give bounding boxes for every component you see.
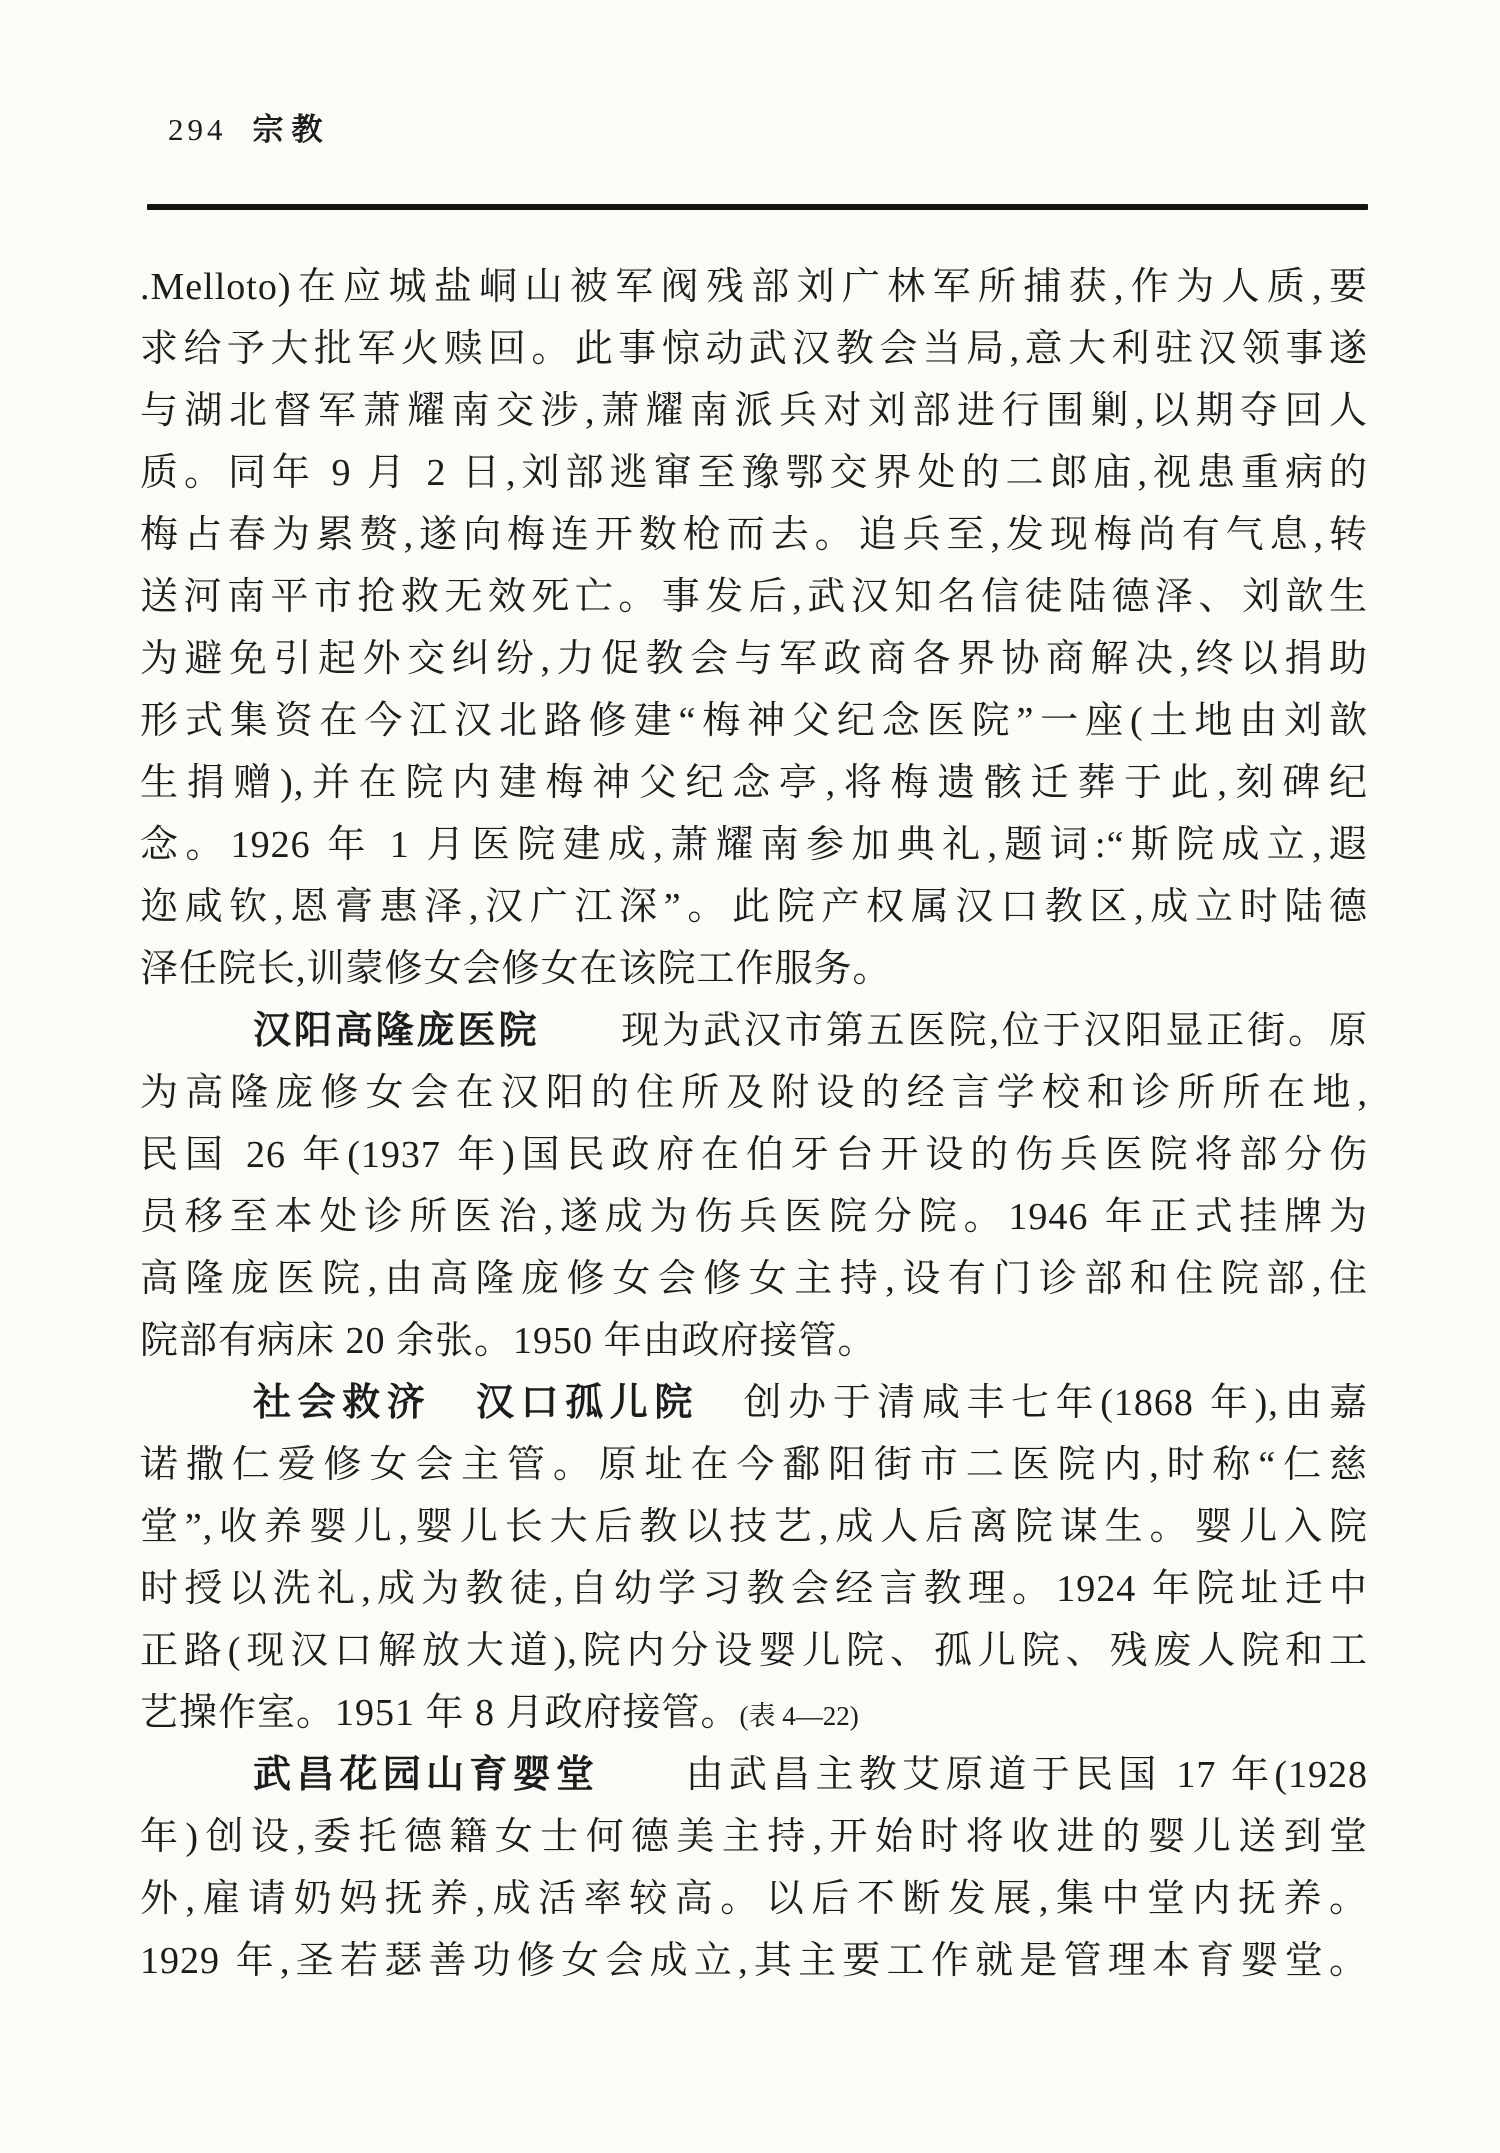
page-number: 294 [168,112,227,147]
text-line: 堂”,收养婴儿,婴儿长大后教以技艺,成人后离院谋生。婴儿入院 [140,1496,1368,1558]
body-text-segment: 迩咸钦,恩膏惠泽,汉广江深”。此院产权属汉口教区,成立时陆德 [140,886,1368,928]
text-line: 高隆庞医院,由高隆庞修女会修女主持,设有门诊部和住院部,住 [140,1248,1368,1310]
text-line: 民国 26 年(1937 年)国民政府在伯牙台开设的伤兵医院将部分伤 [140,1124,1368,1186]
body-text-segment: 堂”,收养婴儿,婴儿长大后教以技艺,成人后离院谋生。婴儿入院 [140,1506,1368,1548]
text-line: .Melloto)在应城盐峒山被军阀残部刘广林军所捕获,作为人质,要 [140,256,1368,318]
body-text-segment: 艺操作室。1951 年 8 月政府接管。 [140,1692,740,1734]
body-text-segment: 为避免引起外交纠纷,力促教会与军政商各界协商解决,终以捐助 [140,638,1368,680]
text-line: 时授以洗礼,成为教徒,自幼学习教会经言教理。1924 年院址迁中 [140,1558,1368,1620]
body-text-segment: 诺撒仁爱修女会主管。原址在今鄱阳街市二医院内,时称“仁慈 [140,1444,1368,1486]
body-text-segment: 1929 年,圣若瑟善功修女会成立,其主要工作就是管理本育婴堂。 [140,1940,1368,1982]
text-line: 质。同年 9 月 2 日,刘部逃窜至豫鄂交界处的二郎庙,视患重病的 [140,442,1368,504]
text-line: 与湖北督军萧耀南交涉,萧耀南派兵对刘部进行围剿,以期夺回人 [140,380,1368,442]
body-text-segment: 现为武汉市第五医院,位于汉阳显正街。原 [539,1010,1368,1052]
text-line: 送河南平市抢救无效死亡。事发后,武汉知名信徒陆德泽、刘歆生 [140,566,1368,628]
body-text-segment: 年)创设,委托德籍女士何德美主持,开始时将收进的婴儿送到堂 [140,1816,1368,1858]
body-text-segment: 念。1926 年 1 月医院建成,萧耀南参加典礼,题词:“斯院成立,遐 [140,824,1368,866]
text-line: 员移至本处诊所医治,遂成为伤兵医院分院。1946 年正式挂牌为 [140,1186,1368,1248]
text-line: 泽任院长,训蒙修女会修女在该院工作服务。 [140,938,1368,1000]
body-text-segment: 正路(现汉口解放大道),院内分设婴儿院、孤儿院、残废人院和工 [140,1630,1368,1672]
text-line: 为避免引起外交纠纷,力促教会与军政商各界协商解决,终以捐助 [140,628,1368,690]
text-line: 年)创设,委托德籍女士何德美主持,开始时将收进的婴儿送到堂 [140,1806,1368,1868]
body-text-segment: 与湖北督军萧耀南交涉,萧耀南派兵对刘部进行围剿,以期夺回人 [140,390,1368,432]
body-text-segment: 形式集资在今江汉北路修建“梅神父纪念医院”一座(土地由刘歆 [140,700,1368,742]
body-text-segment [431,1382,476,1424]
body-text-segment: 创办于清咸丰七年(1868 年),由嘉 [699,1382,1368,1424]
body-text-segment: 泽任院长,训蒙修女会修女在该院工作服务。 [140,948,892,990]
text-line: 社会救济 汉口孤儿院 创办于清咸丰七年(1868 年),由嘉 [140,1372,1368,1434]
body-text-segment: 质。同年 9 月 2 日,刘部逃窜至豫鄂交界处的二郎庙,视患重病的 [140,452,1368,494]
body-text-segment: 外,雇请奶妈抚养,成活率较高。以后不断发展,集中堂内抚养。 [140,1878,1368,1920]
text-line: 求给予大批军火赎回。此事惊动武汉教会当局,意大利驻汉领事遂 [140,318,1368,380]
body-text: .Melloto)在应城盐峒山被军阀残部刘广林军所捕获,作为人质,要求给予大批军… [140,256,1368,1992]
emphasis-text: 汉口孤儿院 [476,1382,699,1424]
body-text-segment: 高隆庞医院,由高隆庞修女会修女主持,设有门诊部和住院部,住 [140,1258,1368,1300]
text-line: 生捐赠),并在院内建梅神父纪念亭,将梅遗骸迁葬于此,刻碑纪 [140,752,1368,814]
body-text-segment: 院部有病床 20 余张。1950 年由政府接管。 [140,1320,877,1362]
text-line: 迩咸钦,恩膏惠泽,汉广江深”。此院产权属汉口教区,成立时陆德 [140,876,1368,938]
header-rule [147,204,1368,210]
body-text-segment: .Melloto)在应城盐峒山被军阀残部刘广林军所捕获,作为人质,要 [140,266,1368,308]
emphasis-text: 汉阳高隆庞医院 [253,1010,539,1052]
text-line: 武昌花园山育婴堂 由武昌主教艾原道于民国 17 年(1928 [140,1744,1368,1806]
body-text-segment: 送河南平市抢救无效死亡。事发后,武汉知名信徒陆德泽、刘歆生 [140,576,1368,618]
text-line: 为高隆庞修女会在汉阳的住所及附设的经言学校和诊所所在地, [140,1062,1368,1124]
body-text-segment: 由武昌主教艾原道于民国 17 年(1928 [599,1754,1368,1796]
text-line: 艺操作室。1951 年 8 月政府接管。(表 4—22) [140,1682,1368,1744]
body-text-segment: 生捐赠),并在院内建梅神父纪念亭,将梅遗骸迁葬于此,刻碑纪 [140,762,1368,804]
text-line: 念。1926 年 1 月医院建成,萧耀南参加典礼,题词:“斯院成立,遐 [140,814,1368,876]
body-text-segment: 时授以洗礼,成为教徒,自幼学习教会经言教理。1924 年院址迁中 [140,1568,1368,1610]
page-header: 294宗教 [168,104,331,149]
emphasis-text: 武昌花园山育婴堂 [253,1754,599,1796]
body-text-segment: 梅占春为累赘,遂向梅连开数枪而去。追兵至,发现梅尚有气息,转 [140,514,1368,556]
emphasis-text: 社会救济 [253,1382,431,1424]
body-text-segment: 民国 26 年(1937 年)国民政府在伯牙台开设的伤兵医院将部分伤 [140,1134,1368,1176]
text-line: 院部有病床 20 余张。1950 年由政府接管。 [140,1310,1368,1372]
section-title: 宗教 [253,112,331,147]
body-text-segment: 为高隆庞修女会在汉阳的住所及附设的经言学校和诊所所在地, [140,1072,1368,1114]
text-line: 诺撒仁爱修女会主管。原址在今鄱阳街市二医院内,时称“仁慈 [140,1434,1368,1496]
book-page: 294宗教 .Melloto)在应城盐峒山被军阀残部刘广林军所捕获,作为人质,要… [0,0,1500,2153]
text-line: 外,雇请奶妈抚养,成活率较高。以后不断发展,集中堂内抚养。 [140,1868,1368,1930]
table-reference-text: (表 4—22) [740,1701,859,1731]
text-line: 1929 年,圣若瑟善功修女会成立,其主要工作就是管理本育婴堂。 [140,1930,1368,1992]
text-line: 汉阳高隆庞医院 现为武汉市第五医院,位于汉阳显正街。原 [140,1000,1368,1062]
body-text-segment: 员移至本处诊所医治,遂成为伤兵医院分院。1946 年正式挂牌为 [140,1196,1368,1238]
text-line: 梅占春为累赘,遂向梅连开数枪而去。追兵至,发现梅尚有气息,转 [140,504,1368,566]
text-line: 形式集资在今江汉北路修建“梅神父纪念医院”一座(土地由刘歆 [140,690,1368,752]
body-text-segment: 求给予大批军火赎回。此事惊动武汉教会当局,意大利驻汉领事遂 [140,328,1368,370]
text-line: 正路(现汉口解放大道),院内分设婴儿院、孤儿院、残废人院和工 [140,1620,1368,1682]
